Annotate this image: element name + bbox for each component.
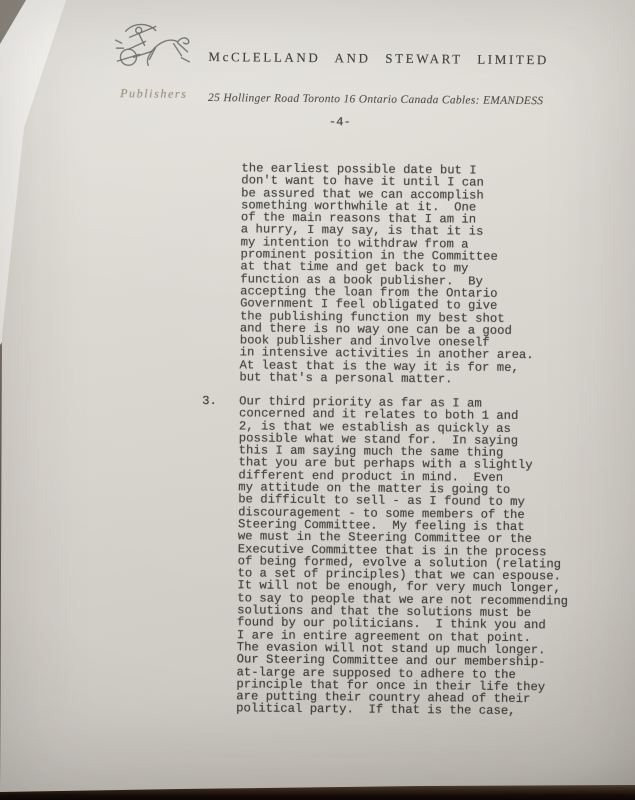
item-3-marker: 3.: [202, 395, 239, 408]
address-line: 25 Hollinger Road Toronto 16 Ontario Can…: [208, 92, 543, 107]
company-name: McCLELLAND AND STEWART LIMITED: [208, 49, 549, 68]
numbered-item-3: 3. Our third priority as far as I am con…: [199, 395, 570, 718]
continuation-paragraph: the earliest possible date but I don't w…: [239, 162, 535, 386]
item-3-text: Our third priority as far as I am concer…: [236, 395, 570, 718]
publisher-colophon-icon: [111, 21, 191, 74]
photo-scene: Publishers McCLELLAND AND STEWART LIMITE…: [0, 0, 635, 800]
publishers-label: Publishers: [120, 86, 187, 102]
page-content: Publishers McCLELLAND AND STEWART LIMITE…: [0, 0, 635, 800]
page-number: -4-: [329, 116, 351, 129]
